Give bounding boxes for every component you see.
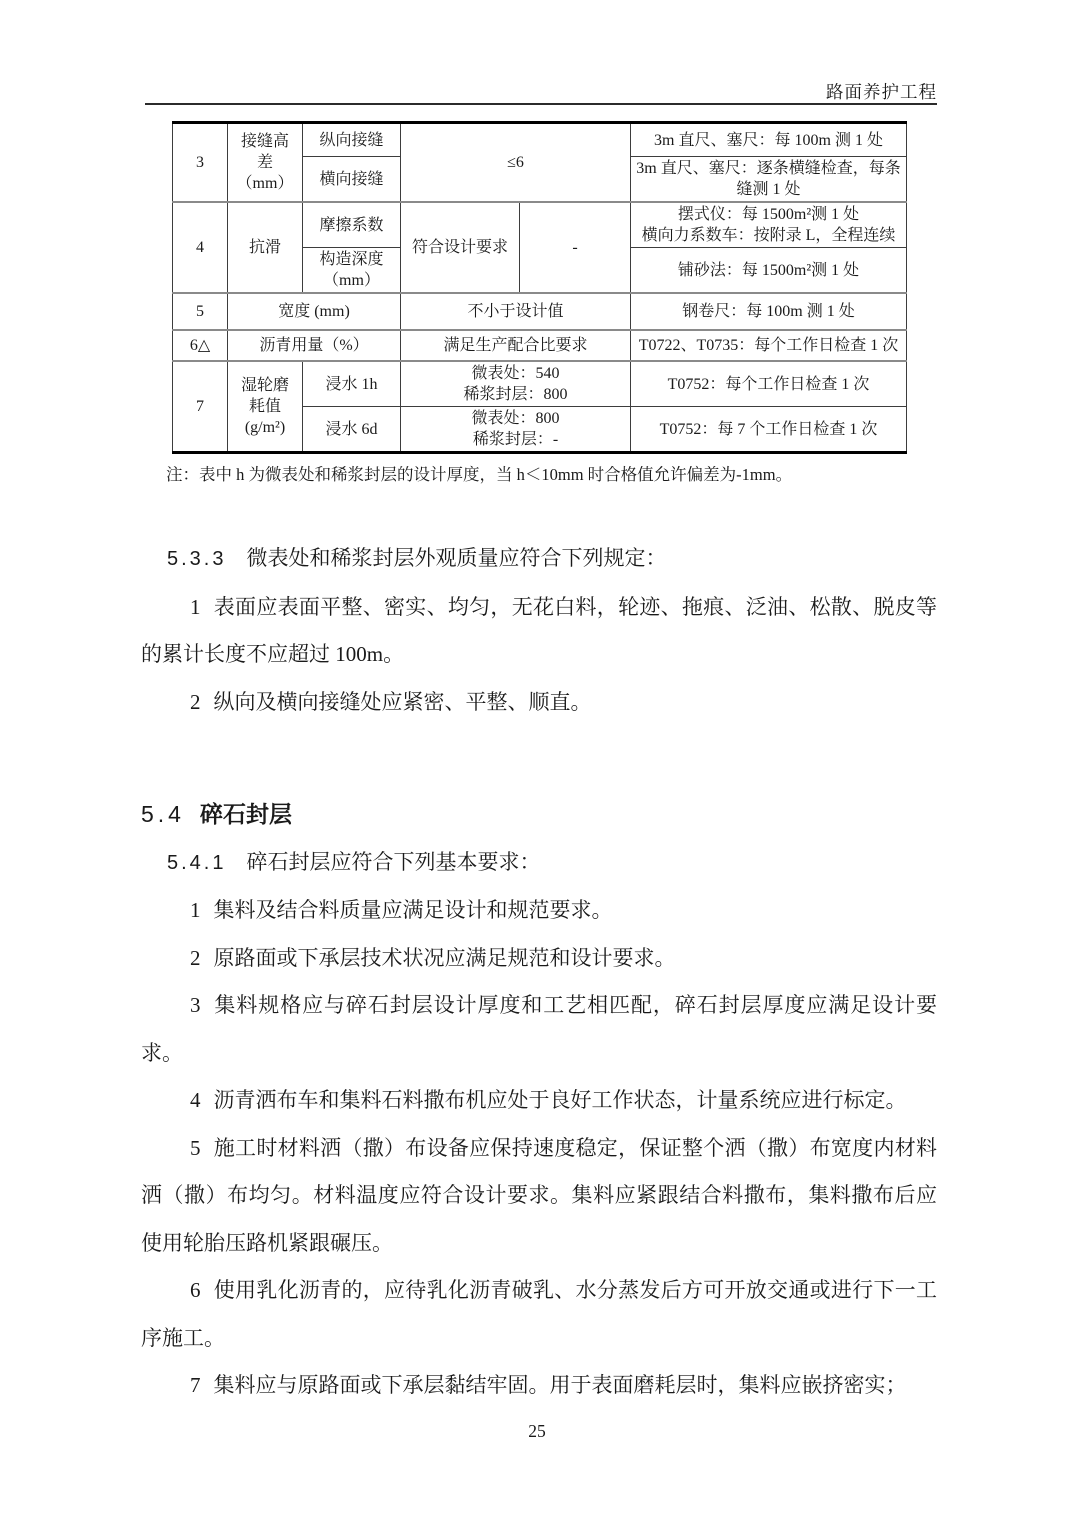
table-cell-row4-sub2: 构造深度 （mm）	[303, 248, 401, 294]
table-cell-row7-value2: 微表处：800 稀浆封层：-	[401, 407, 631, 453]
table-cell-row5-method: 钢卷尺：每 100m 测 1 处	[631, 293, 907, 330]
section-heading-5-4: 5.4碎石封层	[141, 791, 937, 839]
list-item-text: 集料规格应与碎石封层设计厚度和工艺相匹配，碎石封层厚度应满足设计要求。	[141, 993, 937, 1065]
table-cell-row7-method2: T0752：每 7 个工作日检查 1 次	[631, 407, 907, 453]
table-cell-row4-name: 抗滑	[228, 202, 303, 293]
list-item-text: 原路面或下承层技术状况应满足规范和设计要求。	[214, 946, 676, 970]
table-cell-row3-value: ≤6	[401, 123, 631, 203]
table-cell-row5-value: 不小于设计值	[401, 293, 631, 330]
table-cell-row7-value1: 微表处：540 稀浆封层：800	[401, 361, 631, 407]
table-cell-row3-sub2: 横向接缝	[303, 157, 401, 203]
clause-5-4-1-text: 碎石封层应符合下列基本要求：	[246, 850, 540, 874]
table-cell-row7-sub2: 浸水 6d	[303, 407, 401, 453]
table-note: 注：表中 h 为微表处和稀浆封层的设计厚度，当 h＜10mm 时合格值允许偏差为…	[166, 461, 792, 485]
list-item-number: 7	[190, 1373, 201, 1397]
clause-5-3-3-text: 微表处和稀浆封层外观质量应符合下列规定：	[246, 546, 666, 570]
list-item-533-2: 2纵向及横向接缝处应紧密、平整、顺直。	[141, 679, 937, 727]
table-cell-row4-value2: -	[520, 202, 631, 293]
list-item-number: 2	[190, 690, 201, 714]
list-item-541-3: 3集料规格应与碎石封层设计厚度和工艺相匹配，碎石封层厚度应满足设计要求。	[141, 982, 937, 1077]
table-cell-row4-value1: 符合设计要求	[401, 202, 520, 293]
list-item-text: 沥青洒布车和集料石料撒布机应处于良好工作状态，计量系统应进行标定。	[214, 1088, 907, 1112]
table-cell-row3-sub1: 纵向接缝	[303, 123, 401, 157]
clause-5-3-3: 5.3.3微表处和稀浆封层外观质量应符合下列规定：	[141, 535, 937, 584]
table-cell-row4-method2: 铺砂法：每 1500m²测 1 处	[631, 248, 907, 294]
table-cell-row3-method2: 3m 直尺、塞尺：逐条横缝检查，每条缝测 1 处	[631, 157, 907, 203]
list-item-541-2: 2原路面或下承层技术状况应满足规范和设计要求。	[141, 935, 937, 983]
table-cell-row6-name: 沥青用量（%）	[228, 330, 401, 361]
document-page: 路面养护工程 3 接缝高 差 （mm） 纵向接缝 ≤6 3m 直尺、塞尺：每 1…	[0, 0, 1074, 1520]
table-cell-row7-method1: T0752：每个工作日检查 1 次	[631, 361, 907, 407]
list-item-number: 3	[190, 993, 201, 1017]
body-text: 5.3.3微表处和稀浆封层外观质量应符合下列规定： 1表面应表面平整、密实、均匀…	[141, 535, 937, 1410]
table-cell-row5-no: 5	[173, 293, 228, 330]
list-item-541-7: 7集料应与原路面或下承层黏结牢固。用于表面磨耗层时，集料应嵌挤密实；	[141, 1362, 937, 1410]
table-cell-row3-no: 3	[173, 123, 228, 203]
table-cell-row4-method1: 摆式仪：每 1500m²测 1 处 横向力系数车：按附录 L，全程连续	[631, 202, 907, 248]
table-cell-row7-sub1: 浸水 1h	[303, 361, 401, 407]
list-item-text: 表面应表面平整、密实、均匀，无花白料，轮迹、拖痕、泛油、松散、脱皮等的累计长度不…	[141, 595, 937, 667]
clause-5-4-1-number: 5.4.1	[167, 852, 226, 874]
table-cell-row6-method: T0722、T0735：每个工作日检查 1 次	[631, 330, 907, 361]
list-item-number: 6	[190, 1278, 201, 1302]
table-cell-row7-name: 湿轮磨 耗值 (g/m²)	[228, 361, 303, 453]
section-heading-number: 5.4	[141, 801, 185, 827]
list-item-number: 1	[190, 595, 201, 619]
table-cell-row4-no: 4	[173, 202, 228, 293]
list-item-number: 5	[190, 1136, 201, 1160]
list-item-text: 施工时材料洒（撒）布设备应保持速度稳定，保证整个洒（撒）布宽度内材料洒（撒）布均…	[141, 1136, 937, 1255]
running-header-title: 路面养护工程	[826, 79, 937, 104]
list-item-number: 4	[190, 1088, 201, 1112]
page-number: 25	[0, 1421, 1074, 1442]
section-heading-title: 碎石封层	[200, 801, 292, 827]
table-cell-row6-no: 6△	[173, 330, 228, 361]
list-item-text: 集料应与原路面或下承层黏结牢固。用于表面磨耗层时，集料应嵌挤密实；	[214, 1373, 907, 1397]
list-item-number: 1	[190, 898, 201, 922]
table-cell-row6-value: 满足生产配合比要求	[401, 330, 631, 361]
list-item-541-5: 5施工时材料洒（撒）布设备应保持速度稳定，保证整个洒（撒）布宽度内材料洒（撒）布…	[141, 1125, 937, 1268]
list-item-text: 集料及结合料质量应满足设计和规范要求。	[214, 898, 613, 922]
clause-5-4-1: 5.4.1碎石封层应符合下列基本要求：	[141, 839, 937, 888]
list-item-533-1: 1表面应表面平整、密实、均匀，无花白料，轮迹、拖痕、泛油、松散、脱皮等的累计长度…	[141, 584, 937, 679]
table-cell-row5-name: 宽度 (mm)	[228, 293, 401, 330]
table-cell-row4-sub1: 摩擦系数	[303, 202, 401, 248]
table-cell-row3-name: 接缝高 差 （mm）	[228, 123, 303, 203]
table-cell-row7-no: 7	[173, 361, 228, 453]
list-item-541-1: 1集料及结合料质量应满足设计和规范要求。	[141, 887, 937, 935]
list-item-text: 纵向及横向接缝处应紧密、平整、顺直。	[214, 690, 592, 714]
list-item-541-4: 4沥青洒布车和集料石料撒布机应处于良好工作状态，计量系统应进行标定。	[141, 1077, 937, 1125]
list-item-text: 使用乳化沥青的，应待乳化沥青破乳、水分蒸发后方可开放交通或进行下一工序施工。	[141, 1278, 937, 1350]
header-rule	[145, 103, 937, 105]
list-item-541-6: 6使用乳化沥青的，应待乳化沥青破乳、水分蒸发后方可开放交通或进行下一工序施工。	[141, 1267, 937, 1362]
inspection-items-table: 3 接缝高 差 （mm） 纵向接缝 ≤6 3m 直尺、塞尺：每 100m 测 1…	[172, 121, 907, 454]
clause-5-3-3-number: 5.3.3	[167, 548, 226, 570]
list-item-number: 2	[190, 946, 201, 970]
table-cell-row3-method1: 3m 直尺、塞尺：每 100m 测 1 处	[631, 123, 907, 157]
